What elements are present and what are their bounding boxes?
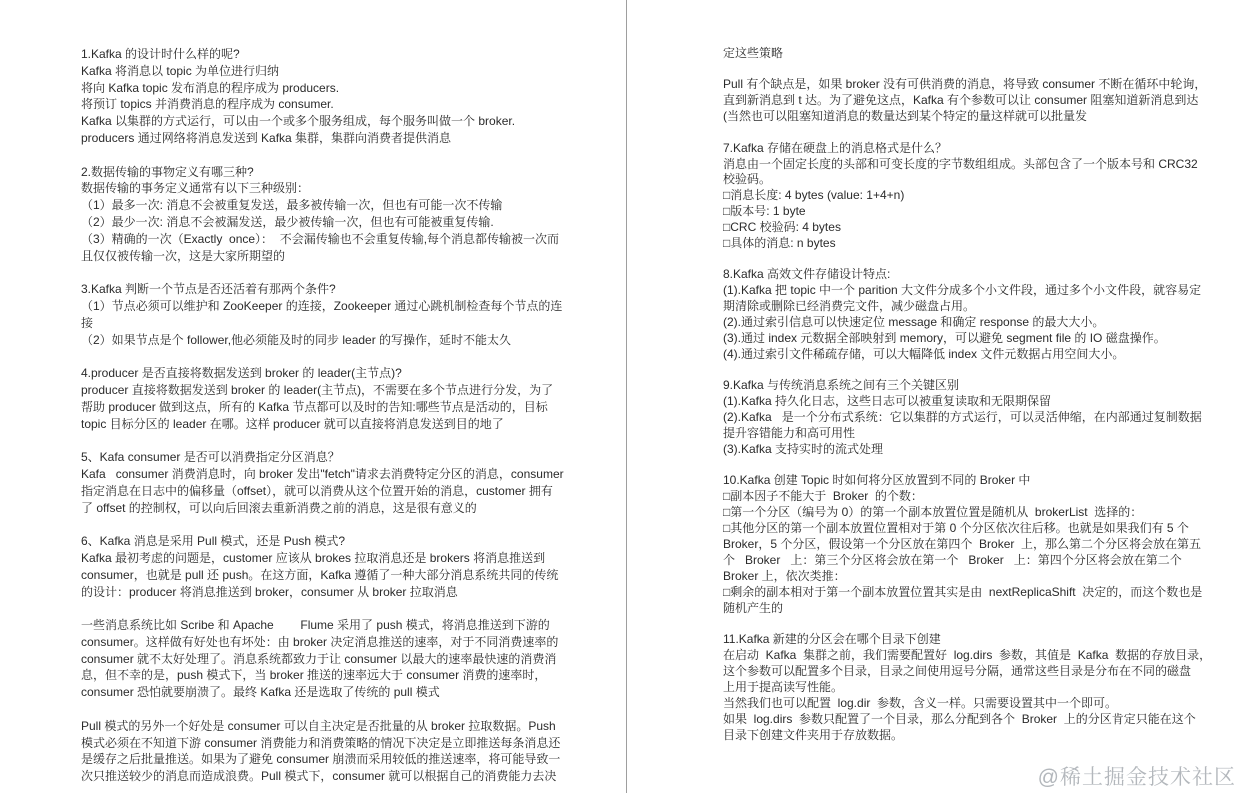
page-right-column: 定这些策略Pull 有个缺点是，如果 broker 没有可供消费的消息，将导致 …	[723, 46, 1228, 793]
page-divider	[626, 0, 627, 793]
paragraph: 2.数据传输的事物定义有哪三种? 数据传输的事务定义通常有以下三种级别： （1）…	[81, 164, 611, 265]
paragraph: 8.Kafka 高效文件存储设计特点: (1).Kafka 把 topic 中一…	[723, 267, 1228, 362]
paragraph: 1.Kafka 的设计时什么样的呢? Kafka 将消息以 topic 为单位进…	[81, 46, 611, 147]
paragraph: 一些消息系统比如 Scribe 和 Apache Flume 采用了 push …	[81, 617, 611, 701]
document-page: 1.Kafka 的设计时什么样的呢? Kafka 将消息以 topic 为单位进…	[0, 0, 1240, 793]
paragraph: 9.Kafka 与传统消息系统之间有三个关键区别 (1).Kafka 持久化日志…	[723, 378, 1228, 458]
paragraph: 11.Kafka 新建的分区会在哪个目录下创建 在启动 Kafka 集群之前，我…	[723, 632, 1228, 743]
paragraph: 4.producer 是否直接将数据发送到 broker 的 leader(主节…	[81, 365, 611, 432]
paragraph: Pull 有个缺点是，如果 broker 没有可供消费的消息，将导致 consu…	[723, 77, 1228, 125]
paragraph: 5、Kafa consumer 是否可以消费指定分区消息？ Kafa consu…	[81, 449, 611, 516]
paragraph: 10.Kafka 创建 Topic 时如何将分区放置到不同的 Broker 中 …	[723, 473, 1228, 616]
paragraph: 定这些策略	[723, 46, 1228, 62]
paragraph: Pull 模式的另外一个好处是 consumer 可以自主决定是否批量的从 br…	[81, 718, 611, 785]
paragraph: 6、Kafka 消息是采用 Pull 模式，还是 Push 模式? Kafka …	[81, 533, 611, 600]
paragraph: 3.Kafka 判断一个节点是否还活着有那两个条件? （1）节点必须可以维护和 …	[81, 281, 611, 348]
page-left-column: 1.Kafka 的设计时什么样的呢? Kafka 将消息以 topic 为单位进…	[81, 46, 611, 793]
paragraph: 7.Kafka 存储在硬盘上的消息格式是什么？ 消息由一个固定长度的头部和可变长…	[723, 141, 1228, 252]
